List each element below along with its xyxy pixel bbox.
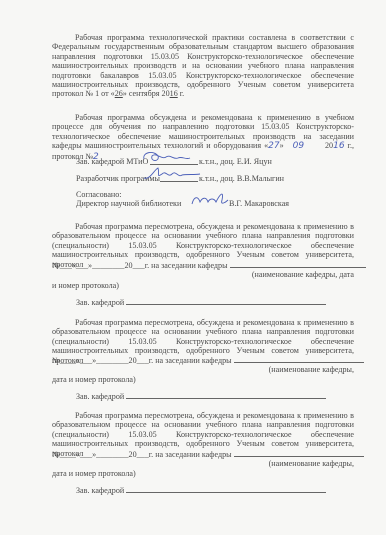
intro-paragraph: Рабочая программа технологической практи…	[52, 33, 354, 99]
document-page: Рабочая программа технологической практи…	[0, 0, 386, 535]
head-name: к.т.н., доц. Е.И. Яцун	[199, 157, 272, 166]
library-name: В.Г. Макаровская	[229, 199, 289, 208]
developer-signature-line	[160, 174, 198, 184]
revision-3-head-label: Зав. кафедрой	[76, 485, 326, 495]
revision-3-note-1: (наименование кафедры,	[52, 459, 354, 468]
revision-2-note-2: дата и номер протокола)	[52, 375, 136, 384]
discussion-text: Рабочая программа обсуждена и рекомендов…	[52, 113, 354, 150]
revision-1-note-1: (наименование кафедры, дата	[52, 270, 354, 279]
library-signature-label: Директор научной библиотеки	[76, 199, 181, 208]
revision-2-head-label: Зав. кафедрой	[76, 391, 326, 401]
revision-3-protocol-line: №____«___»________20___г. на заседании к…	[52, 449, 364, 459]
revision-1-protocol-line: №___«___»________20___г. на заседании ка…	[52, 260, 366, 270]
discussion-paragraph: Рабочая программа обсуждена и рекомендов…	[52, 113, 354, 162]
revision-1-note-2: и номер протокола)	[52, 281, 119, 290]
intro-protocol: № 1 от «26» сентября 2016 г.	[85, 89, 184, 98]
revision-1-head-label: Зав. кафедрой	[76, 297, 326, 307]
agreed-label: Согласовано:	[76, 190, 122, 199]
revision-2-protocol-line: №____«___»________20___г. на заседании к…	[52, 355, 364, 365]
handwritten-day: 27	[268, 141, 279, 151]
revision-2-note-1: (наименование кафедры,	[52, 365, 354, 374]
handwritten-month: 09	[293, 141, 304, 151]
library-signature-icon	[190, 190, 230, 208]
head-signature-label: Зав. кафедрой МТиО	[76, 157, 148, 166]
revision-3-note-2: дата и номер протокола)	[52, 469, 136, 478]
handwritten-year: 16	[333, 141, 344, 151]
developer-name: к.т.н., доц. В.В.Малыгин	[199, 174, 284, 183]
